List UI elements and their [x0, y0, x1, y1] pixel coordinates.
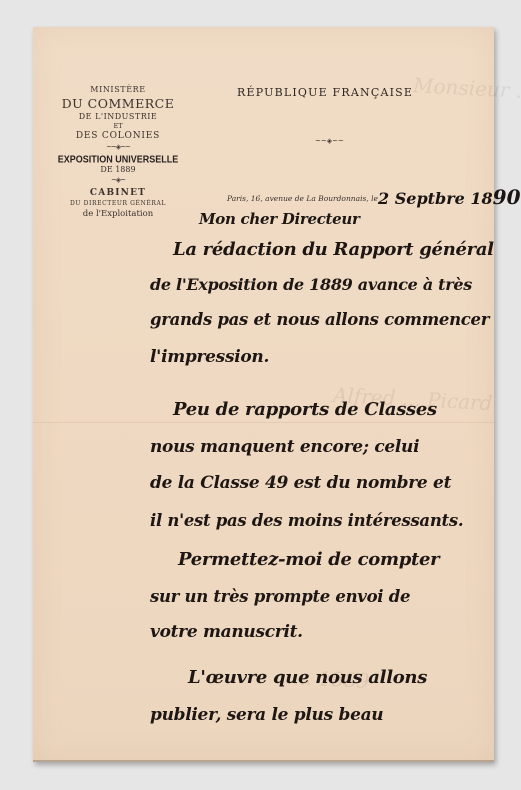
- letter-line: il n'est pas des moins intéressants.: [150, 511, 463, 530]
- paper-fold: [33, 422, 494, 423]
- letter-page: Monsieur ... l'honneur Alfred ... Picard…: [33, 27, 494, 762]
- letter-line: Permettez-moi de compter: [178, 549, 439, 570]
- address-line: Paris, 16, avenue de La Bourdonnais, le: [227, 194, 378, 203]
- letter-line: La rédaction du Rapport général: [173, 239, 494, 260]
- ministry-line: DES COLONIES: [33, 131, 203, 141]
- director-label: DU DIRECTEUR GÉNÉRAL: [33, 200, 203, 207]
- ornament-icon: ~~◈~~: [315, 137, 344, 145]
- ministry-letterhead: MINISTÈRE DU COMMERCE DE L'INDUSTRIE ET …: [33, 85, 203, 219]
- exploitation-label: de l'Exploitation: [33, 209, 203, 219]
- date-day-month: 2 Septbre 18: [378, 189, 493, 208]
- exposition-title: EXPOSITION UNIVERSELLE: [33, 153, 203, 165]
- letter-line: grands pas et nous allons commencer: [150, 310, 489, 329]
- exposition-year: DE 1889: [33, 165, 203, 174]
- letter-line: sur un très prompte envoi de: [150, 587, 410, 606]
- bleed-through-text: Monsieur ... l'honneur: [413, 73, 521, 109]
- date-year: 90: [493, 185, 521, 209]
- handwritten-date: 2 Septbre 1890: [378, 185, 521, 209]
- ministry-line: ET: [33, 122, 203, 130]
- letter-line: Peu de rapports de Classes: [173, 399, 437, 420]
- letter-line: de la Classe 49 est du nombre et: [150, 473, 451, 493]
- letter-line: L'œuvre que nous allons: [188, 667, 427, 688]
- ornament-icon: ~◈~: [33, 176, 203, 184]
- letter-line: de l'Exposition de 1889 avance à très: [150, 275, 472, 294]
- letter-line: votre manuscrit.: [150, 622, 303, 642]
- ministry-line: DE L'INDUSTRIE: [33, 112, 203, 121]
- letter-line: l'impression.: [150, 347, 269, 367]
- salutation: Mon cher Directeur: [199, 210, 360, 228]
- letter-line: nous manquent encore; celui: [150, 437, 419, 457]
- letter-line: publier, sera le plus beau: [150, 705, 383, 725]
- republic-title: RÉPUBLIQUE FRANÇAISE: [237, 86, 413, 99]
- ministry-line: DU COMMERCE: [33, 96, 203, 111]
- cabinet-label: CABINET: [33, 188, 203, 198]
- ornament-icon: ~~◈~~: [33, 143, 203, 151]
- ministry-line: MINISTÈRE: [33, 85, 203, 94]
